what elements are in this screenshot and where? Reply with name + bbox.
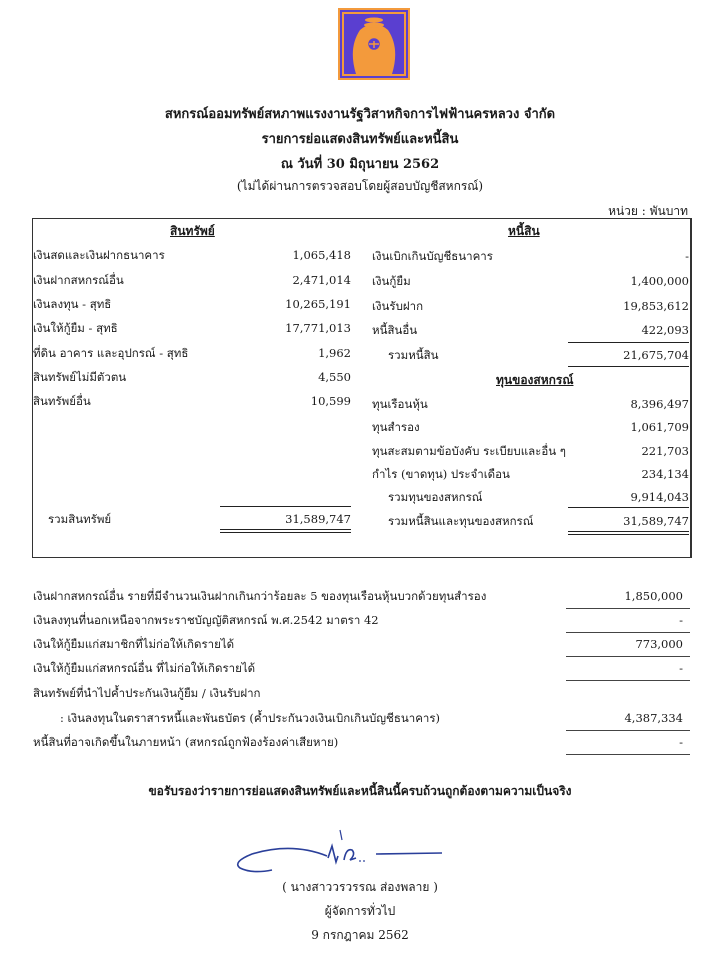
note-item-rule	[566, 632, 690, 633]
liability-item-value: 19,853,612	[623, 298, 689, 314]
asset-item-value: 1,962	[318, 345, 351, 361]
note-item-rule	[566, 680, 690, 681]
note-item-rule	[566, 608, 690, 609]
total-equity-value: 9,914,043	[630, 489, 689, 505]
note-item-value: 4,387,334	[624, 710, 683, 726]
total-assets-value: 31,589,747	[285, 511, 351, 527]
equity-heading: ทุนของสหกรณ์	[496, 372, 573, 388]
asset-item-value: 10,265,191	[285, 296, 351, 312]
equity-item-value: 8,396,497	[630, 396, 689, 412]
asset-item-value: 4,550	[318, 369, 351, 385]
equity-item-value: 1,061,709	[630, 419, 689, 435]
report-title: รายการย่อแสดงสินทรัพย์และหนี้สิน	[0, 128, 720, 149]
signatory-position: ผู้จัดการทั่วไป	[0, 902, 720, 921]
grand-total-rule-top	[568, 507, 689, 508]
total-assets-label: รวมสินทรัพย์	[48, 511, 111, 527]
asset-item-label: สินทรัพย์อื่น	[33, 393, 91, 409]
asset-item-label: เงินฝากสหกรณ์อื่น	[33, 272, 124, 288]
note-item-rule	[566, 730, 690, 731]
asset-item-value: 1,065,418	[292, 247, 351, 263]
note-item-label: สินทรัพย์ที่นำไปค้ำประกันเงินกู้ยืม / เง…	[33, 685, 260, 701]
note-item-value: 1,850,000	[624, 588, 683, 604]
liability-item-value: 1,400,000	[630, 273, 689, 289]
note-item-value: -	[679, 660, 683, 676]
grand-total-double-rule	[568, 531, 689, 535]
total-assets-double-rule	[220, 529, 351, 533]
note-item-label: เงินให้กู้ยืมแก่สหกรณ์อื่น ที่ไม่ก่อให้เ…	[33, 660, 255, 676]
asset-item-value: 10,599	[311, 393, 351, 409]
organization-name: สหกรณ์ออมทรัพย์สหภาพแรงงานรัฐวิสาหกิจการ…	[0, 103, 720, 124]
certification-statement: ขอรับรองว่ารายการย่อแสดงสินทรัพย์และหนี้…	[0, 782, 720, 801]
total-equity-label: รวมทุนของสหกรณ์	[388, 489, 482, 505]
liability-item-label: หนี้สินอื่น	[372, 322, 417, 338]
note-item-label: เงินฝากสหกรณ์อื่น รายที่มีจำนวนเงินฝากเก…	[33, 588, 486, 604]
signatory-name: ( นางสาววรวรรณ ส่องพลาย )	[0, 878, 720, 897]
equity-item-value: 234,134	[641, 466, 689, 482]
asset-item-value: 2,471,014	[292, 272, 351, 288]
liability-item-label: เงินเบิกเกินบัญชีธนาคาร	[372, 248, 493, 264]
note-item-label: เงินลงทุนที่นอกเหนือจากพระราชบัญญัติสหกร…	[33, 612, 379, 628]
total-liabilities-label: รวมหนี้สิน	[388, 347, 439, 363]
report-date: ณ วันที่ 30 มิถุนายน 2562	[0, 153, 720, 174]
note-item-rule	[566, 754, 690, 755]
note-item-label: เงินให้กู้ยืมแก่สมาชิกที่ไม่ก่อให้เกิดรา…	[33, 636, 234, 652]
equity-item-label: ทุนสำรอง	[372, 419, 420, 435]
note-item-value: -	[679, 612, 683, 628]
note-item-value: 773,000	[635, 636, 683, 652]
note-item-rule	[566, 656, 690, 657]
assets-heading: สินทรัพย์	[170, 223, 215, 239]
note-item-label: : เงินลงทุนในตราสารหนี้และพันธบัตร (ค้ำป…	[60, 710, 440, 726]
cooperative-logo	[338, 8, 410, 80]
asset-item-value: 17,771,013	[285, 320, 351, 336]
liabilities-heading: หนี้สิน	[508, 223, 540, 239]
signature-date: 9 กรกฎาคม 2562	[0, 926, 720, 945]
note-item-label: หนี้สินที่อาจเกิดขึ้นในภายหน้า (สหกรณ์ถู…	[33, 734, 338, 750]
asset-item-label: เงินสดและเงินฝากธนาคาร	[33, 247, 165, 263]
liability-item-label: เงินรับฝาก	[372, 298, 423, 314]
audit-note: (ไม่ได้ผ่านการตรวจสอบโดยผู้สอบบัญชีสหกรณ…	[0, 177, 720, 196]
grand-total-value: 31,589,747	[623, 513, 689, 529]
equity-item-label: ทุนเรือนหุ้น	[372, 396, 428, 412]
equity-item-value: 221,703	[641, 443, 689, 459]
asset-item-label: เงินให้กู้ยืม - สุทธิ	[33, 320, 118, 336]
asset-item-label: ที่ดิน อาคาร และอุปกรณ์ - สุทธิ	[33, 345, 188, 361]
note-item-value: -	[679, 734, 683, 750]
asset-item-label: เงินลงทุน - สุทธิ	[33, 296, 111, 312]
equity-item-label: กำไร (ขาดทุน) ประจำเดือน	[372, 466, 510, 482]
equity-item-label: ทุนสะสมตามข้อบังคับ ระเบียบและอื่น ๆ	[372, 443, 566, 459]
total-liabilities-value: 21,675,704	[623, 347, 689, 363]
liability-item-value: -	[685, 248, 689, 264]
asset-item-label: สินทรัพย์ไม่มีตัวตน	[33, 369, 126, 385]
liability-item-value: 422,093	[641, 322, 689, 338]
liability-item-label: เงินกู้ยืม	[372, 273, 411, 289]
signature	[232, 828, 452, 878]
total-assets-top-rule	[220, 506, 351, 507]
liabilities-total-rule-bottom	[568, 366, 689, 367]
liabilities-total-rule-top	[568, 342, 689, 343]
grand-total-label: รวมหนี้สินและทุนของสหกรณ์	[388, 513, 533, 529]
